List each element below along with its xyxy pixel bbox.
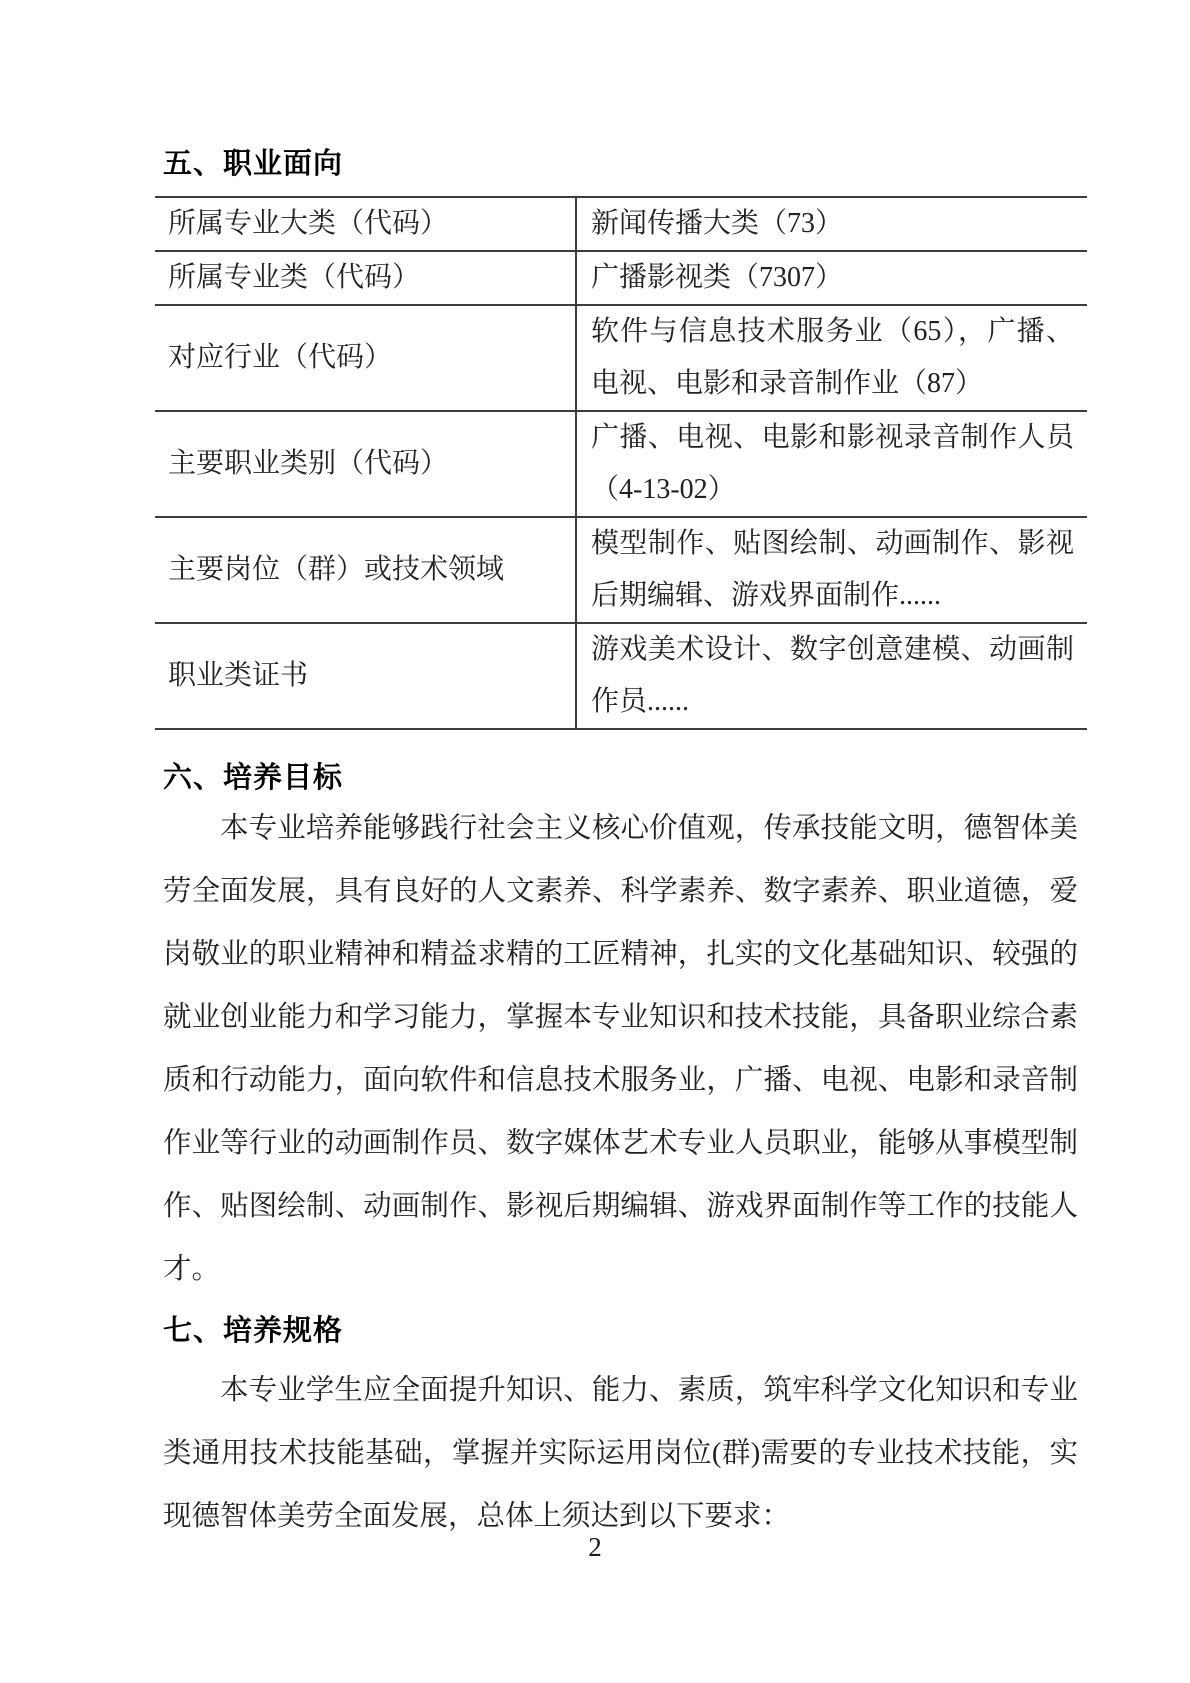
table-row: 主要职业类别（代码） 广播、电视、电影和影视录音制作人员（4-13-02） [155, 411, 1087, 517]
row-label-cell: 主要职业类别（代码） [155, 411, 576, 517]
section-five-heading: 五、职业面向 [163, 146, 1078, 180]
row-value-cell: 游戏美术设计、数字创意建模、动画制作员...... [576, 623, 1087, 729]
section-seven-heading: 七、培养规格 [163, 1313, 1078, 1347]
training-objectives-paragraph: 本专业培养能够践行社会主义核心价值观，传承技能文明，德智体美劳全面发展，具有良好… [163, 797, 1078, 1301]
table-row: 主要岗位（群）或技术领域 模型制作、贴图绘制、动画制作、影视后期编辑、游戏界面制… [155, 517, 1087, 623]
row-label-cell: 主要岗位（群）或技术领域 [155, 517, 576, 623]
row-label-cell: 对应行业（代码） [155, 305, 576, 411]
document-content: 五、职业面向 所属专业大类（代码） 新闻传播大类（73） 所属专业类（代码） 广… [163, 146, 1078, 1548]
row-value-cell: 广播影视类（7307） [576, 251, 1087, 305]
row-value-cell: 模型制作、贴图绘制、动画制作、影视后期编辑、游戏界面制作...... [576, 517, 1087, 623]
row-label-cell: 所属专业类（代码） [155, 251, 576, 305]
training-specs-paragraph: 本专业学生应全面提升知识、能力、素质，筑牢科学文化知识和专业类通用技术技能基础，… [163, 1359, 1078, 1548]
row-label-cell: 所属专业大类（代码） [155, 197, 576, 251]
row-value-cell: 广播、电视、电影和影视录音制作人员（4-13-02） [576, 411, 1087, 517]
table-row: 所属专业大类（代码） 新闻传播大类（73） [155, 197, 1087, 251]
page-number: 2 [0, 1532, 1190, 1562]
row-value-cell: 新闻传播大类（73） [576, 197, 1087, 251]
table-row: 职业类证书 游戏美术设计、数字创意建模、动画制作员...... [155, 623, 1087, 729]
table-row: 所属专业类（代码） 广播影视类（7307） [155, 251, 1087, 305]
career-orientation-table: 所属专业大类（代码） 新闻传播大类（73） 所属专业类（代码） 广播影视类（73… [155, 196, 1087, 730]
section-six-heading: 六、培养目标 [163, 760, 1078, 794]
row-label-cell: 职业类证书 [155, 623, 576, 729]
table-row: 对应行业（代码） 软件与信息技术服务业（65），广播、电视、电影和录音制作业（8… [155, 305, 1087, 411]
document-page: 五、职业面向 所属专业大类（代码） 新闻传播大类（73） 所属专业类（代码） 广… [0, 0, 1190, 1683]
row-value-cell: 软件与信息技术服务业（65），广播、电视、电影和录音制作业（87） [576, 305, 1087, 411]
